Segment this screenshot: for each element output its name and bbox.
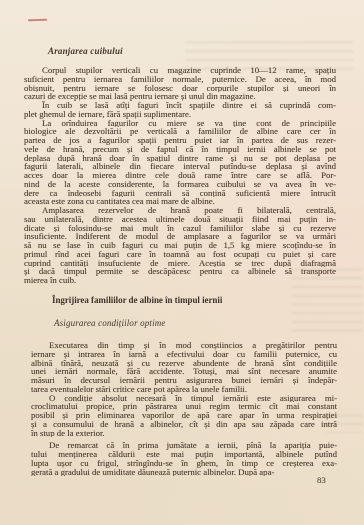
scanned-book-page: Aranjarea cuibului Corpul stupilor verti…: [0, 0, 364, 525]
paragraph: O condiție absolut necesară în timpul ie…: [31, 394, 337, 438]
text-line: albină tînără, neuzată și cu rezerve abu…: [31, 359, 337, 368]
paragraph: Amplasarea rezervelor de hrană poate fi …: [24, 206, 336, 285]
paragraph: În cuib se lasă atîți faguri încît spați…: [24, 101, 336, 119]
text-line: Executarea din timp și în mod conștiinci…: [31, 341, 337, 350]
text-line: obișnuit, pentru iernare se folosesc doa…: [24, 84, 336, 93]
text-line: De remarcat că în prima jumătate a ierni…: [31, 441, 337, 450]
section-heading-aranjarea-cuibului: Aranjarea cuibului: [48, 46, 123, 56]
text-line: cuprind cantități insufuciente de miere.…: [24, 259, 336, 268]
text-line: partea de jos a fagurilor spații pentru …: [24, 136, 336, 145]
text-line: fagurii laterali, albinele din fiecare i…: [24, 162, 336, 171]
text-line: în stup de la exterior.: [31, 429, 337, 438]
text-line: posibil și prin eliminarea vaporilor de …: [31, 411, 337, 420]
text-line: dere ca îndeosebi fagurii centrali să co…: [24, 189, 336, 198]
text-line: plet ghemul de iernare, fără spații supl…: [24, 110, 336, 119]
text-line: acces doar la mierea dintre cele două ra…: [24, 171, 336, 180]
text-line: La orînduirea fagurilor cu miere se va ț…: [24, 119, 336, 128]
text-line: primul rînd acei faguri care în toamnă a…: [24, 250, 336, 259]
text-line: unei iernări normale, fără accidente. To…: [31, 367, 337, 376]
text-line: gerată a gradului de umiditate dăunează …: [31, 468, 337, 477]
text-line: cazuri de excepție se mai lasă pentru ie…: [24, 92, 336, 101]
text-line: tului menținerea căldurii este mai puțin…: [31, 450, 337, 459]
text-line: vele de hrană, precum și de faptul că în…: [24, 145, 336, 154]
text-line: măsuri în decursul iernării pentru asigu…: [31, 376, 337, 385]
text-block-lower: Executarea din timp și în mod conștiinci…: [31, 341, 337, 476]
subheading-asigurarea-conditiilor: Asigurarea condițiilor optime: [54, 318, 166, 328]
text-line: croclimatului propice, prin păstrarea un…: [31, 402, 337, 411]
text-line: să nu se lase în cuib faguri cu mai puți…: [24, 241, 336, 250]
paragraph: Corpul stupilor verticali cu magazine cu…: [24, 66, 336, 101]
chapter-heading-ingrijirea-familiilor: Îngrijirea familiilor de albine în timpu…: [52, 295, 222, 305]
text-line: și dacă timpul permite se descăpăcesc pe…: [24, 267, 336, 276]
page-number: 83: [317, 475, 326, 485]
text-line: tarea eventualelor stări critice care po…: [31, 385, 337, 394]
paragraph: La orînduirea fagurilor cu miere se va ț…: [24, 119, 336, 207]
text-line: suficient pentru iernarea familiilor nor…: [24, 75, 336, 84]
text-line: și a consumului de hrană a albinelor, cî…: [31, 420, 337, 429]
text-line: deplasa după hrană doar în spațiul dintr…: [24, 154, 336, 163]
text-line: nind de la aceste considerente, la forma…: [24, 180, 336, 189]
text-line: insuficiente. Indiferent de modul de amp…: [24, 232, 336, 241]
text-line: lupta ușor cu frigul, strîngîndu-se în g…: [31, 459, 337, 468]
text-line: sau unilaterală, dintre acestea ultimele…: [24, 215, 336, 224]
text-line: dicate și folosindu-se mai mult în cazul…: [24, 224, 336, 233]
text-block-upper: Corpul stupilor verticali cu magazine cu…: [24, 66, 336, 285]
text-line: În cuib se lasă atîți faguri încît spați…: [24, 101, 336, 110]
text-line: O condiție absolut necesară în timpul ie…: [31, 394, 337, 403]
text-line: aceasta este zona cu cantitatea cea mai …: [24, 197, 336, 206]
text-line: iernare și intrarea în iarnă a efectivul…: [31, 350, 337, 359]
text-line: biologice ale dezvoltării pe verticală a…: [24, 127, 336, 136]
text-line: Amplasarea rezervelor de hrană poate fi …: [24, 206, 336, 215]
text-line: Corpul stupilor verticali cu magazine cu…: [24, 66, 336, 75]
paragraph: Executarea din timp și în mod conștiinci…: [31, 341, 337, 394]
red-pen-mark: [28, 19, 47, 22]
text-line: mierea în cuib.: [24, 276, 336, 285]
paragraph: De remarcat că în prima jumătate a ierni…: [31, 441, 337, 476]
